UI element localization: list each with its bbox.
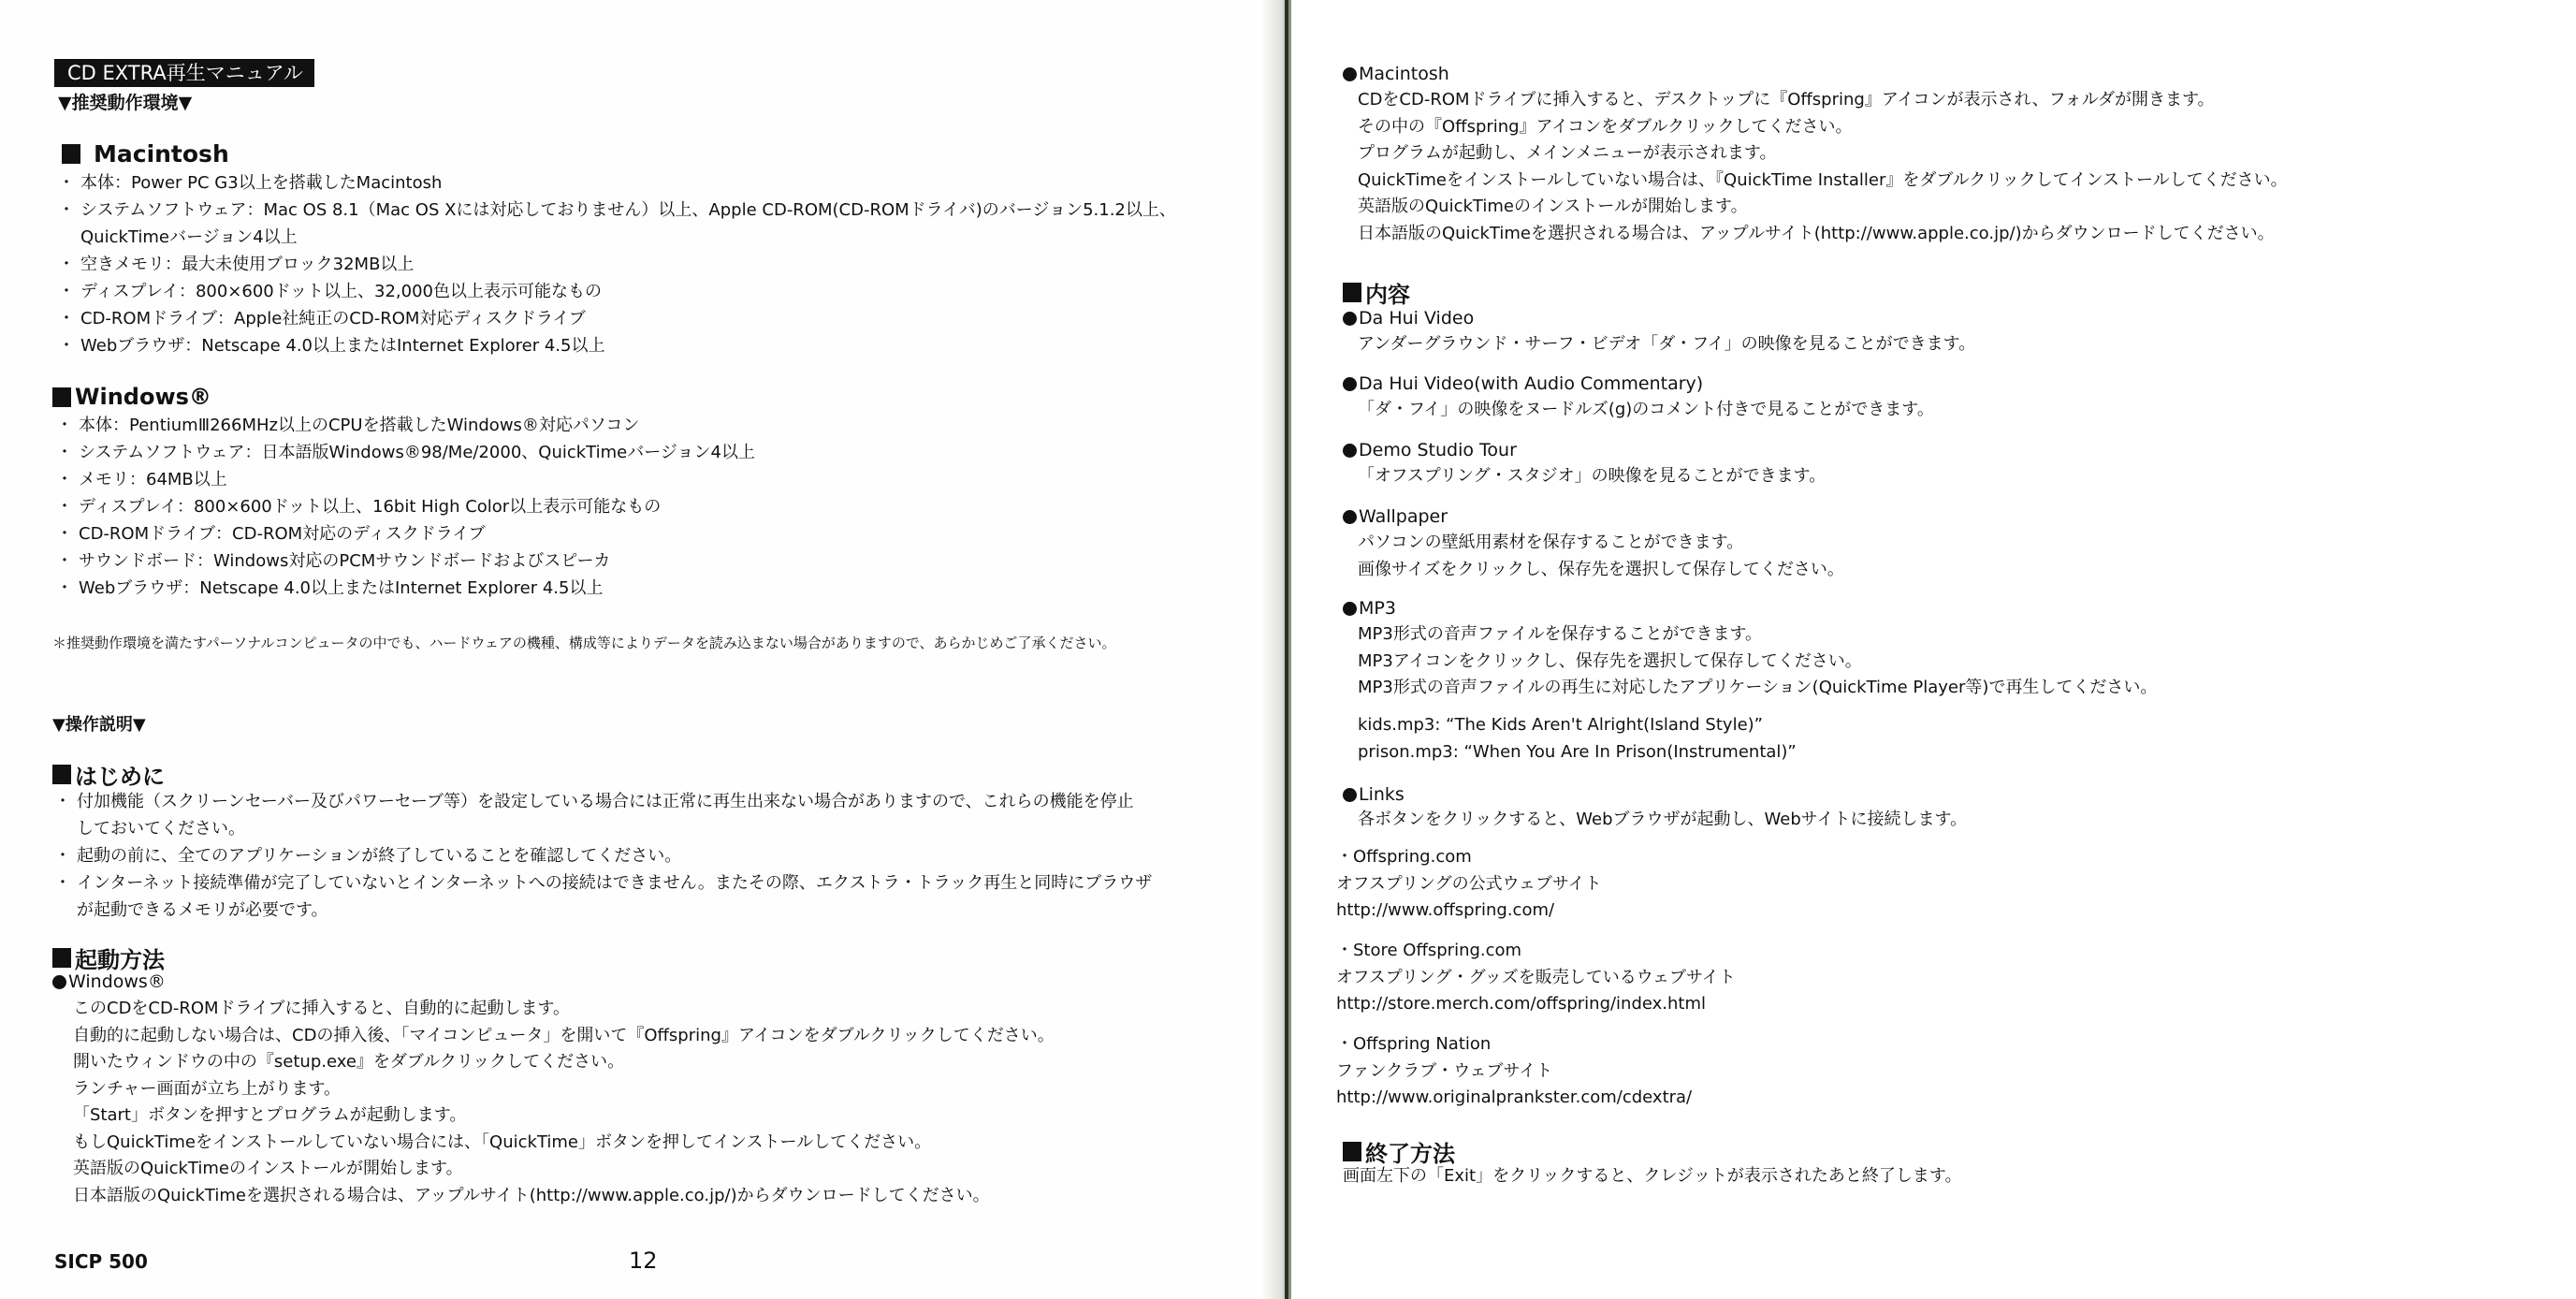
list-item: CD-ROMドライブ：CD-ROM対応のディスクドライブ	[60, 520, 755, 547]
section-description: 「ダ・フイ」の映像をヌードルズ(g)のコメント付きで見ることができます。	[1358, 397, 1934, 424]
instruction-line: 英語版のQuickTimeのインストールが開始します。	[1358, 194, 2288, 221]
manual-title: CD EXTRA再生マニュアル	[54, 59, 314, 87]
list-item: 起動の前に、全てのアプリケーションが終了していることを確認してください。	[58, 842, 1152, 869]
circle-bullet-icon	[1343, 788, 1357, 802]
mp3-file-list: kids.mp3: “The Kids Aren't Alright(Islan…	[1358, 712, 1797, 766]
square-bullet-icon	[52, 765, 71, 784]
exit-instructions: 画面左下の「Exit」をクリックすると、クレジットが表示されたあと終了します。	[1343, 1163, 1961, 1190]
windows-launch-instructions: このCDをCD-ROMドライブに挿入すると、自動的に起動します。 自動的に起動し…	[73, 996, 1055, 1209]
list-item: システムソフトウェア：Mac OS 8.1（Mac OS Xには対応しておりませ…	[62, 197, 1176, 224]
instruction-line: QuickTimeをインストールしていない場合は、『QuickTime Inst…	[1358, 168, 2288, 195]
square-bullet-icon	[1343, 283, 1361, 302]
instruction-line: ランチャー画面が立ち上がります。	[73, 1076, 1055, 1103]
link-url[interactable]: http://store.merch.com/offspring/index.h…	[1336, 991, 1736, 1018]
list-item-continuation: QuickTimeバージョン4以上	[62, 224, 1176, 251]
link-description: オフスプリング・グッズを販売しているウェブサイト	[1336, 965, 1736, 992]
mac-launch-instructions: CDをCD-ROMドライブに挿入すると、デスクトップに『Offspring』アイ…	[1358, 87, 2288, 247]
right-page: Macintosh CDをCD-ROMドライブに挿入すると、デスクトップに『Of…	[1289, 0, 2576, 1299]
section-demo-studio-tour: Demo Studio Tour	[1343, 440, 1517, 460]
list-item-continuation: しておいてください。	[58, 815, 1152, 842]
section-description: 各ボタンをクリックすると、Webブラウザが起動し、Webサイトに接続します。	[1358, 807, 1967, 834]
link-offspring-com: ・Offspring.com オフスプリングの公式ウェブサイト http://w…	[1336, 844, 1602, 925]
list-item: ディスプレイ：800×600ドット以上、32,000色以上表示可能なもの	[62, 278, 1176, 305]
gutter-shadow	[1261, 0, 1286, 1299]
instruction-line: 自動的に起動しない場合は、CDの挿入後、「マイコンピュータ」を開いて『Offsp…	[73, 1023, 1055, 1050]
intro-heading: はじめに	[52, 758, 165, 791]
link-name: ・Offspring.com	[1336, 844, 1602, 871]
circle-bullet-icon	[1343, 377, 1357, 391]
link-url[interactable]: http://www.offspring.com/	[1336, 898, 1602, 925]
list-item: 空きメモリ：最大未使用ブロック32MB以上	[62, 251, 1176, 278]
list-item: 本体：PentiumⅢ266MHz以上のCPUを搭載したWindows®対応パソ…	[60, 412, 755, 439]
link-description: ファンクラブ・ウェブサイト	[1336, 1058, 1692, 1086]
circle-bullet-icon	[1343, 312, 1357, 326]
list-item: 本体：Power PC G3以上を搭載したMacintosh	[62, 169, 1176, 197]
link-store-offspring: ・Store Offspring.com オフスプリング・グッズを販売しているウ…	[1336, 938, 1736, 1018]
list-item: CD-ROMドライブ：Apple社純正のCD-ROM対応ディスクドライブ	[62, 305, 1176, 332]
link-offspring-nation: ・Offspring Nation ファンクラブ・ウェブサイト http://w…	[1336, 1031, 1692, 1112]
square-bullet-icon	[1343, 1142, 1361, 1161]
page-number: 12	[629, 1248, 658, 1274]
list-item: Webブラウザ：Netscape 4.0以上またはInternet Explor…	[62, 332, 1176, 359]
compatibility-note: ＊推奨動作環境を満たすパーソナルコンピュータの中でも、ハードウェアの機種、構成等…	[52, 633, 1116, 652]
macintosh-requirements-list: 本体：Power PC G3以上を搭載したMacintosh システムソフトウェ…	[62, 169, 1176, 359]
catalog-code: SICP 500	[54, 1250, 148, 1273]
link-description: オフスプリングの公式ウェブサイト	[1336, 871, 1602, 898]
circle-bullet-icon	[1343, 67, 1357, 81]
instruction-line: 日本語版のQuickTimeを選択される場合は、アップルサイト(http://w…	[1358, 221, 2288, 248]
mp3-file: kids.mp3: “The Kids Aren't Alright(Islan…	[1358, 712, 1797, 739]
list-item: システムソフトウェア：日本語版Windows®98/Me/2000、QuickT…	[60, 439, 755, 466]
circle-bullet-icon	[52, 975, 66, 989]
link-name: ・Offspring Nation	[1336, 1031, 1692, 1058]
contents-heading: 内容	[1343, 276, 1410, 309]
mac-launch-heading: Macintosh	[1343, 64, 1449, 84]
list-item: インターネット接続準備が完了していないとインターネットへの接続はできません。また…	[58, 869, 1152, 897]
launch-heading: 起動方法	[52, 941, 165, 974]
windows-requirements-list: 本体：PentiumⅢ266MHz以上のCPUを搭載したWindows®対応パソ…	[60, 412, 755, 602]
circle-bullet-icon	[1343, 602, 1357, 616]
circle-bullet-icon	[1343, 510, 1357, 524]
list-item: ディスプレイ：800×600ドット以上、16bit High Color以上表示…	[60, 493, 755, 520]
instruction-line: CDをCD-ROMドライブに挿入すると、デスクトップに『Offspring』アイ…	[1358, 87, 2288, 114]
circle-bullet-icon	[1343, 444, 1357, 458]
section-mp3: MP3	[1343, 598, 1396, 619]
instruction-line: もしQuickTimeをインストールしていない場合には、「QuickTime」ボ…	[73, 1130, 1055, 1157]
section-description: アンダーグラウンド・サーフ・ビデオ「ダ・フイ」の映像を見ることができます。	[1358, 331, 1975, 358]
list-item: メモリ：64MB以上	[60, 466, 755, 493]
instruction-line: 英語版のQuickTimeのインストールが開始します。	[73, 1156, 1055, 1183]
square-bullet-icon	[52, 387, 71, 407]
square-bullet-icon	[62, 144, 80, 164]
section-da-hui-commentary: Da Hui Video(with Audio Commentary)	[1343, 373, 1703, 394]
section-description: パソコンの壁紙用素材を保存することができます。 画像サイズをクリックし、保存先を…	[1358, 530, 1844, 583]
list-item: Webブラウザ：Netscape 4.0以上またはInternet Explor…	[60, 575, 755, 602]
list-item: サウンドボード：Windows対応のPCMサウンドボードおよびスピーカ	[60, 547, 755, 575]
operation-heading: ▼操作説明▼	[52, 711, 146, 736]
link-name: ・Store Offspring.com	[1336, 938, 1736, 965]
instruction-line: 日本語版のQuickTimeを選択される場合は、アップルサイト(http://w…	[73, 1183, 1055, 1210]
list-item-continuation: が起動できるメモリが必要です。	[58, 897, 1152, 924]
windows-launch-heading: Windows®	[52, 971, 166, 992]
left-page: CD EXTRA再生マニュアル ▼推奨動作環境▼ Macintosh 本体：Po…	[0, 0, 1263, 1299]
section-wallpaper: Wallpaper	[1343, 506, 1448, 527]
section-links: Links	[1343, 784, 1404, 805]
macintosh-heading: Macintosh	[62, 140, 229, 168]
mp3-file: prison.mp3: “When You Are In Prison(Inst…	[1358, 739, 1797, 766]
instruction-line: 「Start」ボタンを押すとプログラムが起動します。	[73, 1102, 1055, 1130]
recommended-env-heading: ▼推奨動作環境▼	[58, 89, 192, 114]
list-item: 付加機能（スクリーンセーバー及びパワーセーブ等）を設定している場合には正常に再生…	[58, 788, 1152, 815]
section-description: MP3形式の音声ファイルを保存することができます。 MP3アイコンをクリックし、…	[1358, 621, 2157, 702]
link-url[interactable]: http://www.originalprankster.com/cdextra…	[1336, 1085, 1692, 1112]
windows-heading: Windows®	[52, 384, 211, 410]
section-description: 「オフスプリング・スタジオ」の映像を見ることができます。	[1358, 463, 1826, 490]
instruction-line: その中の『Offspring』アイコンをダブルクリックしてください。	[1358, 114, 2288, 141]
instruction-line: 開いたウィンドウの中の『setup.exe』をダブルクリックしてください。	[73, 1049, 1055, 1076]
section-da-hui-video: Da Hui Video	[1343, 308, 1474, 328]
intro-list: 付加機能（スクリーンセーバー及びパワーセーブ等）を設定している場合には正常に再生…	[58, 788, 1152, 924]
instruction-line: プログラムが起動し、メインメニューが表示されます。	[1358, 140, 2288, 168]
instruction-line: このCDをCD-ROMドライブに挿入すると、自動的に起動します。	[73, 996, 1055, 1023]
square-bullet-icon	[52, 948, 71, 968]
